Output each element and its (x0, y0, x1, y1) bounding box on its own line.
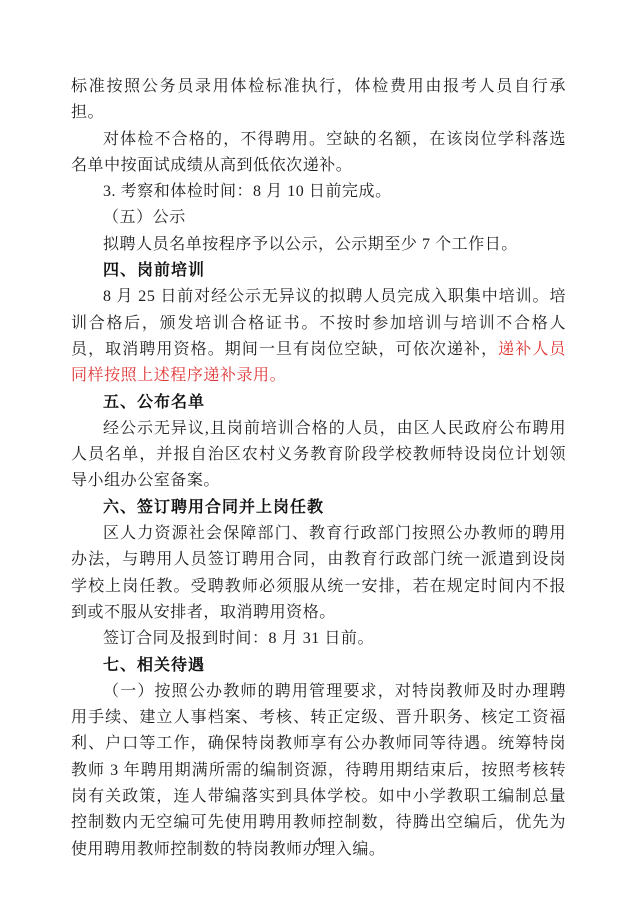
training-text-normal: 8 月 25 日前对经公示无异议的拟聘人员完成入职集中培训。培训合格后，颁发培训… (71, 288, 566, 358)
paragraph-exam-failure-rule: 对体检不合格的，不得聘用。空缺的名额，在该岗位学科落选名单中按面试成绩从高到低依… (71, 127, 566, 180)
paragraph-physical-exam-standard: 标准按照公务员录用体检标准执行，体检费用由报考人员自行承担。 (71, 74, 566, 127)
paragraph-inspection-deadline: 3. 考察和体检时间：8 月 10 日前完成。 (71, 179, 566, 205)
page-number: 4 (0, 834, 636, 850)
section-heading-pre-job-training: 四、岗前培训 (71, 258, 566, 284)
section-heading-sign-contract: 六、签订聘用合同并上岗任教 (71, 495, 566, 521)
paragraph-publicity-period: 拟聘人员名单按程序予以公示，公示期至少 7 个工作日。 (71, 232, 566, 258)
paragraph-announce-list: 经公示无异议,且岗前培训合格的人员，由区人民政府公布聘用人员名单，并报自治区农村… (71, 416, 566, 495)
section-heading-announce-list: 五、公布名单 (71, 390, 566, 416)
paragraph-contract-deadline: 签订合同及报到时间：8 月 31 日前。 (71, 626, 566, 652)
document-page-body: 标准按照公务员录用体检标准执行，体检费用由报考人员自行承担。 对体检不合格的，不… (71, 74, 566, 863)
paragraph-training-requirements: 8 月 25 日前对经公示无异议的拟聘人员完成入职集中培训。培训合格后，颁发培训… (71, 284, 566, 389)
paragraph-contract-rules: 区人力资源社会保障部门、教育行政部门按照公办教师的聘用办法，与聘用人员签订聘用合… (71, 521, 566, 626)
subheading-publicity: （五）公示 (71, 205, 566, 231)
section-heading-related-benefits: 七、相关待遇 (71, 653, 566, 679)
